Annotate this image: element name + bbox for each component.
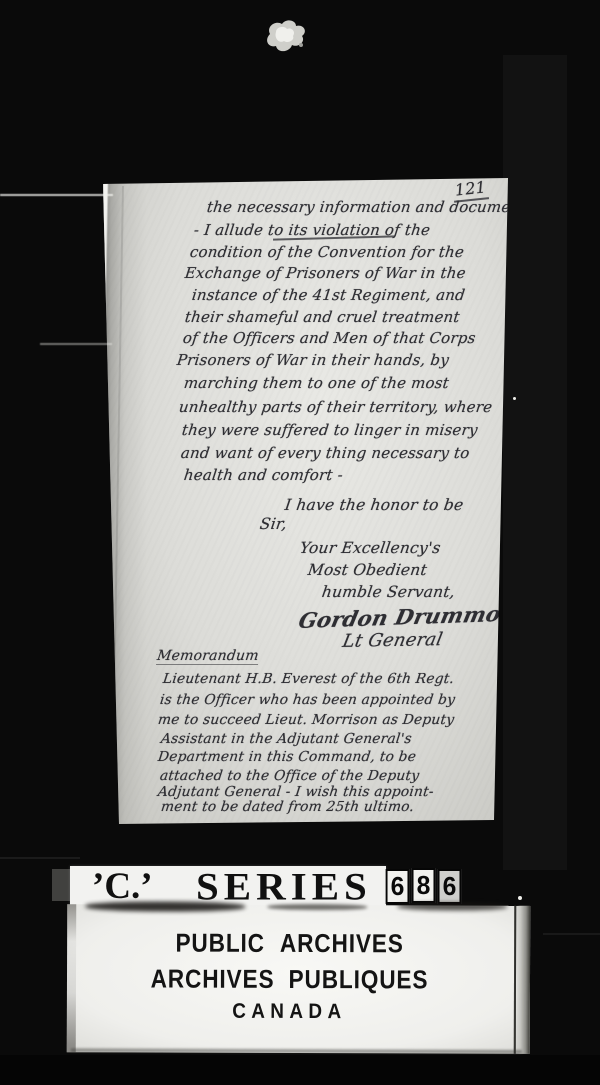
signature-title: Lt General (341, 629, 445, 652)
letter-line: instance of the 41st Regiment, and (191, 286, 466, 304)
letter-line: they were suffered to linger in misery (181, 421, 479, 439)
closing-line: Most Obedient (307, 561, 429, 579)
document-page: 121 the necessary information and docume… (95, 174, 510, 826)
film-scratch-line (0, 194, 113, 196)
memo-line: is the Officer who has been appointed by (159, 692, 456, 708)
letter-line: condition of the Convention for the (189, 243, 465, 261)
letter-line: their shameful and cruel treatment (184, 308, 461, 326)
dust-speck (513, 397, 516, 400)
archives-card: PUBLIC ARCHIVES ARCHIVES PUBLIQUES CANAD… (67, 904, 531, 1054)
series-label-strip: ’C.’ SERIES (70, 866, 386, 907)
page-fold-crease (111, 186, 123, 814)
memo-line: attached to the Office of the Deputy (159, 768, 420, 784)
grime-smudge (85, 901, 245, 912)
series-name-label: SERIES (196, 867, 372, 906)
card-right-edge (514, 906, 531, 1054)
film-streak (543, 933, 600, 935)
letter-line: the necessary information and documents (206, 198, 536, 216)
letter-line: of the Officers and Men of that Corps (182, 329, 477, 347)
film-bottom-shade (0, 1055, 600, 1085)
memo-line: Assistant in the Adjutant General's (160, 731, 413, 747)
signature: Gordon Drummond (296, 600, 533, 633)
film-streak (0, 857, 80, 859)
memo-line: Department in this Command, to be (157, 749, 417, 765)
microfilm-frame: 121 the necessary information and docume… (0, 0, 600, 1085)
letter-line: health and comfort - (183, 466, 344, 484)
archives-card-title-fr: ARCHIVES PUBLIQUES (96, 963, 483, 995)
grime-smudge (267, 904, 367, 910)
letter-line: Exchange of Prisoners of War in the (184, 264, 467, 282)
memo-line: Lieutenant H.B. Everest of the 6th Regt. (162, 671, 455, 687)
page-edge-highlight (92, 182, 108, 742)
reel-digit-box: 6 (386, 869, 410, 904)
letter-line: unhealthy parts of their territory, wher… (178, 398, 494, 416)
reel-digit-box: 8 (412, 868, 436, 903)
card-bottom-edge (71, 1048, 522, 1054)
memo-heading: Memorandum (156, 648, 260, 665)
memo-line: ment to be dated from 25th ultimo. (160, 799, 415, 815)
closing-line: Your Excellency's (299, 539, 442, 557)
letter-line: - I allude to its violation of the (193, 221, 431, 239)
card-left-edge (67, 904, 77, 1052)
closing-line: I have the honor to be (284, 496, 465, 514)
grime-smudge (397, 902, 507, 910)
closing-line: Sir, (259, 515, 289, 533)
memo-line: me to succeed Lieut. Morrison as Deputy (157, 712, 455, 728)
memo-line: Adjutant General - I wish this appoint- (157, 784, 435, 800)
reel-number: 6 8 6 (384, 869, 462, 904)
dust-blob-artifact (252, 12, 316, 64)
reel-digit-box: 6 (438, 869, 462, 904)
film-light-band (503, 55, 567, 870)
letter-line: marching them to one of the most (183, 374, 450, 392)
dust-speck (518, 896, 522, 900)
archives-card-title-en: PUBLIC ARCHIVES (96, 927, 483, 959)
archives-card-country: CANADA (89, 999, 490, 1024)
closing-line: humble Servant, (321, 583, 457, 601)
film-scratch-line (40, 343, 112, 345)
letter-line: Prisoners of War in their hands, by (176, 351, 450, 369)
letter-line: and want of every thing necessary to (180, 444, 471, 462)
